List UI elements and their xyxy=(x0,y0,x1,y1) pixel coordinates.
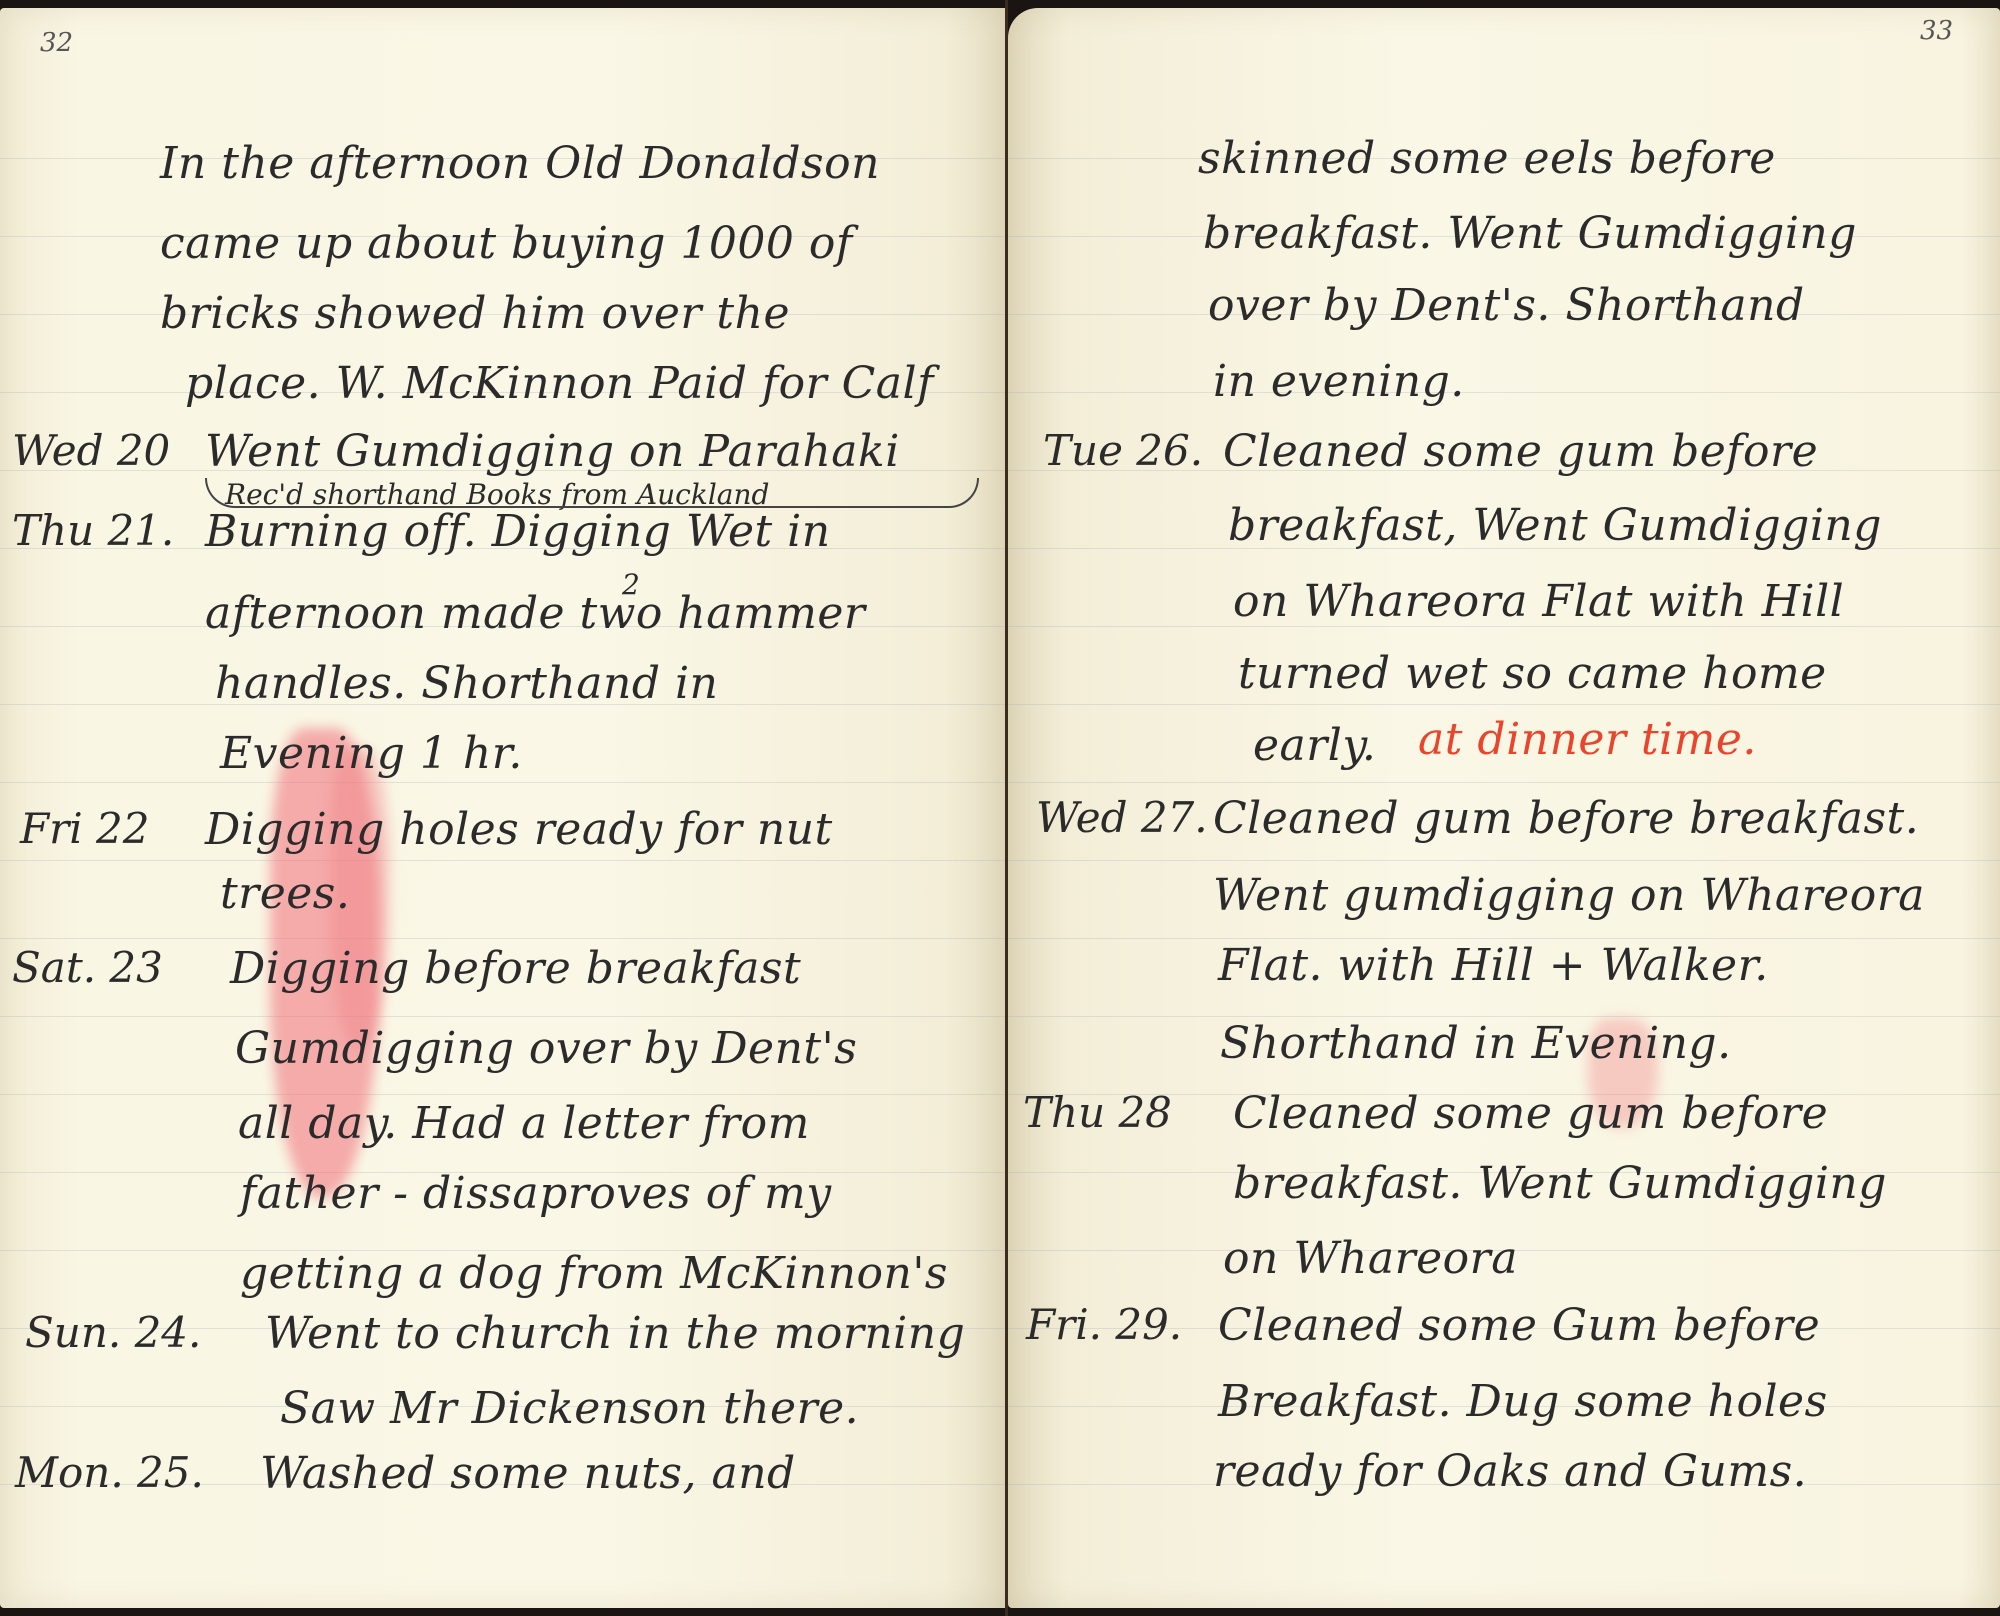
entry-line: Went to church in the morning xyxy=(265,1308,965,1359)
continuation-line: skinned some eels before xyxy=(1198,133,1776,184)
entry-line: Washed some nuts, and xyxy=(260,1448,796,1499)
entry-date: Fri 22 xyxy=(20,804,149,853)
right-page: 33 skinned some eels before breakfast. W… xyxy=(1008,8,2000,1608)
entry-date: Tue 26. xyxy=(1043,426,1203,475)
entry-line: Cleaned some gum before xyxy=(1223,426,1818,477)
entry-line: Gumdigging over by Dent's xyxy=(235,1023,857,1074)
entry-line: breakfast. Went Gumdigging xyxy=(1233,1158,1887,1209)
entry-line: afternoon made two hammer xyxy=(205,588,865,639)
page-number: 32 xyxy=(40,28,73,58)
entry-line: Went Gumdigging on Parahaki xyxy=(205,426,900,477)
entry-line: turned wet so came home xyxy=(1238,648,1827,699)
entry-line: Cleaned some Gum before xyxy=(1218,1300,1820,1351)
entry-date: Thu 21. xyxy=(12,506,174,555)
entry-line: Digging before breakfast xyxy=(230,943,801,994)
entry-date: Thu 28 xyxy=(1023,1088,1172,1137)
continuation-line: In the afternoon Old Donaldson xyxy=(160,138,880,189)
entry-line: Evening 1 hr. xyxy=(220,728,523,779)
continuation-line: bricks showed him over the xyxy=(160,288,790,339)
continuation-line: came up about buying 1000 of xyxy=(160,218,853,269)
entry-line: Cleaned gum before breakfast. xyxy=(1213,793,1919,844)
entry-line: early. xyxy=(1253,720,1376,771)
entry-line: handles. Shorthand in xyxy=(215,658,718,709)
entry-date: Sun. 24. xyxy=(25,1308,201,1357)
entry-line: Digging holes ready for nut xyxy=(205,804,833,855)
entry-line: father - dissaproves of my xyxy=(240,1168,832,1219)
entry-line: Flat. with Hill + Walker. xyxy=(1218,940,1769,991)
entry-line: breakfast, Went Gumdigging xyxy=(1228,500,1882,551)
entry-date: Fri. 29. xyxy=(1026,1300,1182,1349)
page-number: 33 xyxy=(1920,16,1953,46)
entry-line: all day. Had a letter from xyxy=(238,1098,810,1149)
entry-line: getting a dog from McKinnon's xyxy=(240,1248,948,1299)
entry-line: Breakfast. Dug some holes xyxy=(1218,1376,1828,1427)
continuation-line: place. W. McKinnon Paid for Calf xyxy=(185,358,934,409)
notebook-spread: 32 In the afternoon Old Donaldson came u… xyxy=(0,0,2000,1616)
note-bracket xyxy=(205,478,979,508)
entry-date: Wed 27. xyxy=(1036,793,1208,842)
entry-line: Saw Mr Dickenson there. xyxy=(280,1383,859,1434)
entry-line: ready for Oaks and Gums. xyxy=(1213,1446,1807,1497)
entry-line: on Whareora Flat with Hill xyxy=(1233,576,1844,627)
entry-line: Went gumdigging on Whareora xyxy=(1213,870,1925,921)
entry-date: Mon. 25. xyxy=(15,1448,204,1497)
entry-date: Wed 20 xyxy=(12,426,170,475)
continuation-line: over by Dent's. Shorthand xyxy=(1208,280,1805,331)
continuation-line: in evening. xyxy=(1213,356,1465,407)
left-page: 32 In the afternoon Old Donaldson came u… xyxy=(0,8,1005,1608)
entry-line: on Whareora xyxy=(1223,1233,1518,1284)
entry-line: Burning off. Digging Wet in xyxy=(205,506,831,557)
entry-line: Shorthand in Evening. xyxy=(1220,1018,1732,1069)
entry-date: Sat. 23 xyxy=(12,943,163,992)
entry-line: trees. xyxy=(220,868,350,919)
red-ink-addition: at dinner time. xyxy=(1418,714,1757,765)
entry-line: Cleaned some gum before xyxy=(1233,1088,1828,1139)
continuation-line: breakfast. Went Gumdigging xyxy=(1203,208,1857,259)
